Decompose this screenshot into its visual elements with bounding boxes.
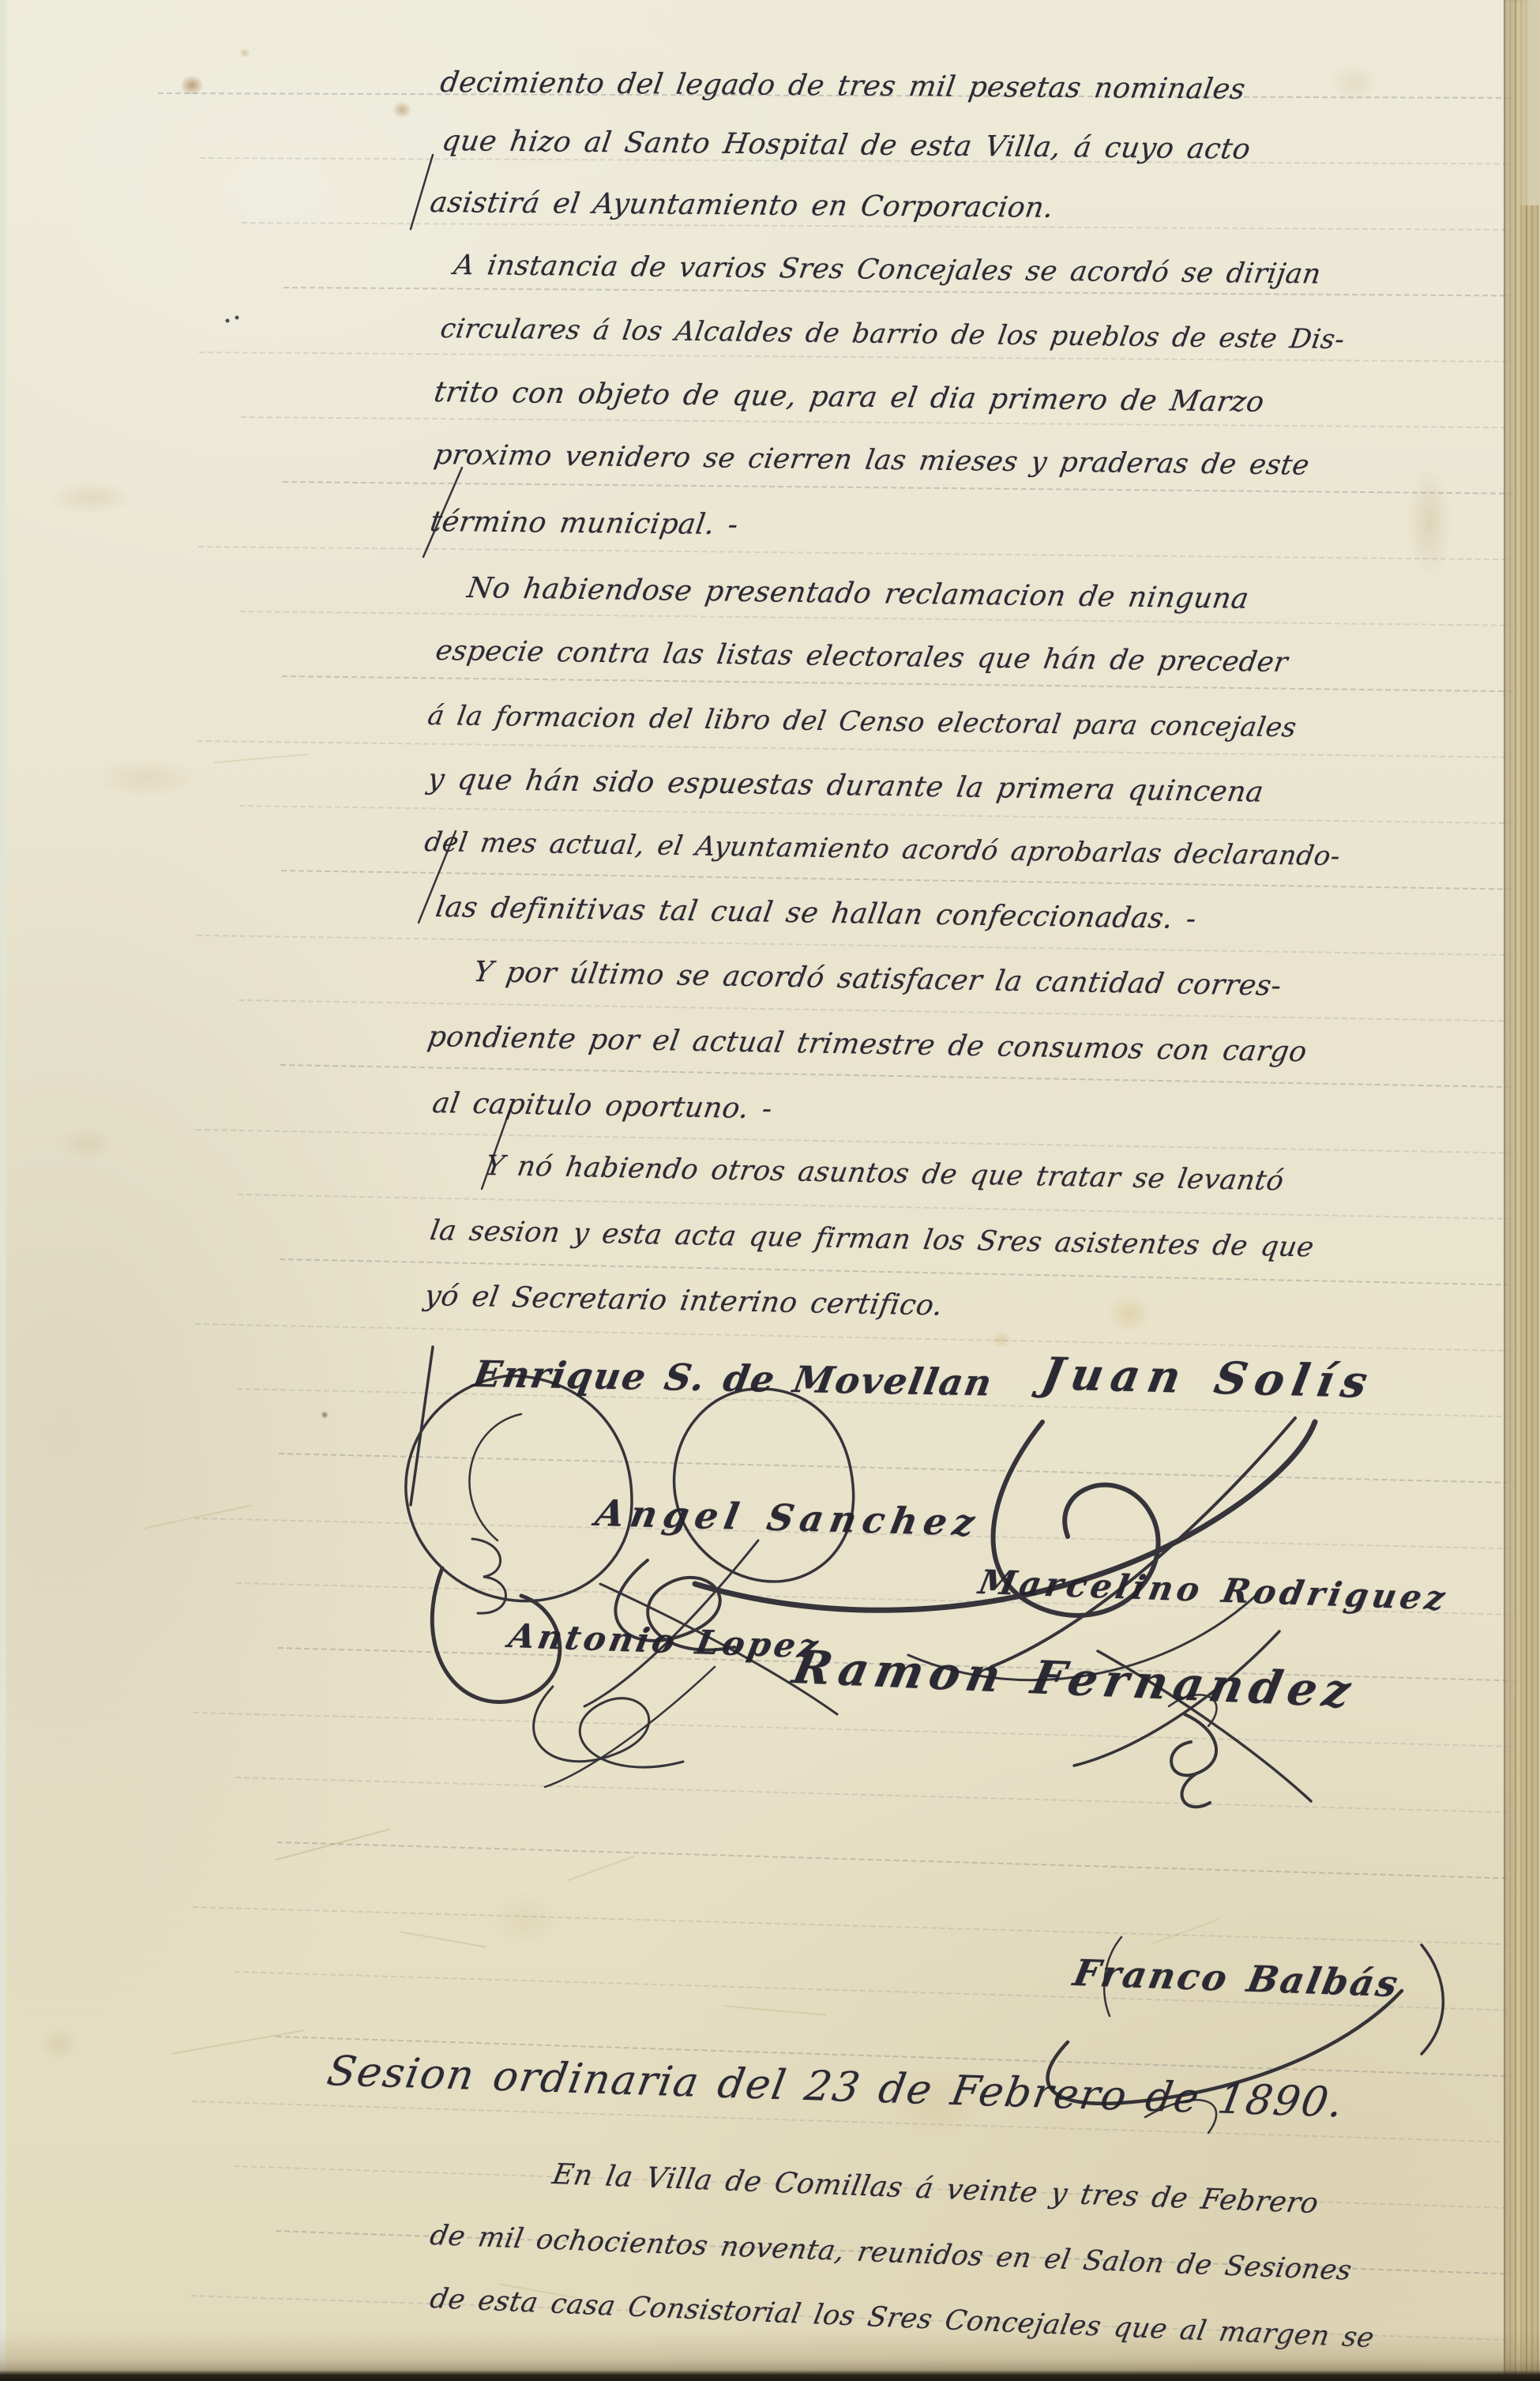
ruled-line <box>197 935 1531 956</box>
manuscript-line: las definitivas tal cual se hallan confe… <box>434 891 1199 935</box>
signature-marcelino-rodriguez: Marcelino Rodriguez <box>975 1563 1452 1617</box>
manuscript-line: de mil ochocientos noventa, reunidos en … <box>427 2220 1354 2287</box>
ruled-line <box>239 806 1531 824</box>
ruled-line <box>240 611 1531 626</box>
ruled-line <box>242 223 1531 230</box>
scan-bottom-edge <box>0 2330 1540 2381</box>
manuscript-line: asistirá el Ayuntamiento en Corporacion. <box>428 186 1056 224</box>
manuscript-line: decimiento del legado de tres mil peseta… <box>438 66 1248 106</box>
session-heading: Sesion ordinaria del 23 de Febrero de 18… <box>324 2048 1348 2127</box>
signature-antonio-lopez: Antonio Lopez <box>505 1616 824 1665</box>
ruled-line <box>193 1907 1531 1945</box>
manuscript-line: En la Villa de Comillas á veinte y tres … <box>550 2158 1321 2220</box>
paper-stain <box>319 1409 330 1420</box>
margin-dot <box>226 319 230 323</box>
ruled-line <box>195 1324 1531 1352</box>
paper-fiber <box>567 1856 634 1882</box>
ruled-line <box>193 1713 1531 1747</box>
manuscript-line: y que hán sido espuestas durante la prim… <box>426 763 1266 809</box>
paper-stain <box>175 71 208 100</box>
signature-flourishes-layer <box>0 0 1540 2381</box>
ruled-line <box>235 1777 1531 1813</box>
ruled-line <box>284 288 1531 296</box>
book-fore-edge <box>1504 0 1540 2381</box>
ruled-line <box>239 1000 1531 1021</box>
paper-stain <box>32 474 150 521</box>
paper-fiber <box>1151 1919 1219 1945</box>
signature-juan-solis: Juan Solís <box>1038 1348 1380 1409</box>
ruled-line <box>238 1194 1531 1220</box>
manuscript-line: al capitulo oportuno. - <box>430 1087 775 1125</box>
rubric-antonio-lopez <box>534 1667 715 1787</box>
paper-stain <box>237 46 253 60</box>
manuscript-line: del mes actual, el Ayuntamiento acordó a… <box>423 826 1343 872</box>
manuscript-line: yó el Secretario interino certifico. <box>423 1280 945 1322</box>
signature-angel-sanchez: Angel Sanchez <box>592 1491 984 1544</box>
ruled-line <box>279 1454 1531 1484</box>
paper-stain <box>1398 442 1461 600</box>
signature-francisco-balbas: Franco Balbás <box>1070 1951 1403 2005</box>
paper-fiber <box>214 754 309 763</box>
paper-stain <box>986 1327 1017 1352</box>
ruled-line <box>241 417 1531 428</box>
manuscript-line: Y por último se acordó satisfacer la can… <box>471 956 1284 1002</box>
rubric-ramon-fernandez <box>1171 1714 1216 1807</box>
paper-stain <box>389 98 415 122</box>
paper-stain <box>47 1122 126 1165</box>
manuscript-line: No habiendose presentado reclamacion de … <box>465 572 1251 615</box>
ruled-line <box>281 871 1531 890</box>
ruled-line <box>198 547 1531 560</box>
manuscript-line: término municipal. - <box>428 506 741 541</box>
scan-left-edge <box>0 0 7 2381</box>
manuscript-line: Y nó habiendo otros asuntos de que trata… <box>483 1150 1286 1197</box>
paper-stain <box>1319 55 1390 111</box>
book-fore-edge-highlight <box>1516 0 1540 205</box>
paper-fiber <box>144 1504 252 1529</box>
signature-ramon-fernandez: Ramon Fernandez <box>788 1640 1361 1718</box>
manuscript-line: á la formacion del libro del Censo elect… <box>426 700 1299 743</box>
paper-stain <box>474 1880 577 1959</box>
paper-fiber <box>171 2029 304 2054</box>
paper-stain <box>71 750 221 806</box>
manuscript-line: proximo venidero se cierren las mieses y… <box>432 439 1312 481</box>
manuscript-line: pondiente por el actual trimestre de con… <box>426 1021 1309 1068</box>
manuscript-line: especie contra las listas electorales qu… <box>434 635 1290 679</box>
manuscript-line: que hizo al Santo Hospital de esta Villa… <box>440 125 1253 166</box>
paper-stain <box>32 2022 87 2066</box>
ruled-line <box>196 1130 1531 1153</box>
paper-fiber <box>275 1829 389 1861</box>
manuscript-line: la sesion y esta acta que firman los Sre… <box>428 1215 1317 1263</box>
paper-fiber <box>723 2005 826 2015</box>
paper-stain <box>1098 1288 1161 1340</box>
signature-enrique-s-de-movellan: Enrique S. de Movellan <box>470 1352 996 1404</box>
manuscript-line: A instancia de varios Sres Concejales se… <box>452 250 1323 290</box>
margin-dot <box>235 316 239 320</box>
manuscript-line: circulares á los Alcaldes de barrio de l… <box>438 313 1347 355</box>
ruled-line <box>277 1842 1531 1879</box>
manuscript-page: decimiento del legado de tres mil peseta… <box>0 0 1540 2381</box>
ruled-line <box>283 482 1531 494</box>
ruled-line <box>280 1065 1531 1088</box>
ruled-line <box>197 741 1531 758</box>
ruled-line <box>282 676 1531 692</box>
paper-fiber <box>400 1931 486 1947</box>
manuscript-line: trito con objeto de que, para el dia pri… <box>432 376 1267 419</box>
ruled-lines-layer <box>0 0 1540 2381</box>
